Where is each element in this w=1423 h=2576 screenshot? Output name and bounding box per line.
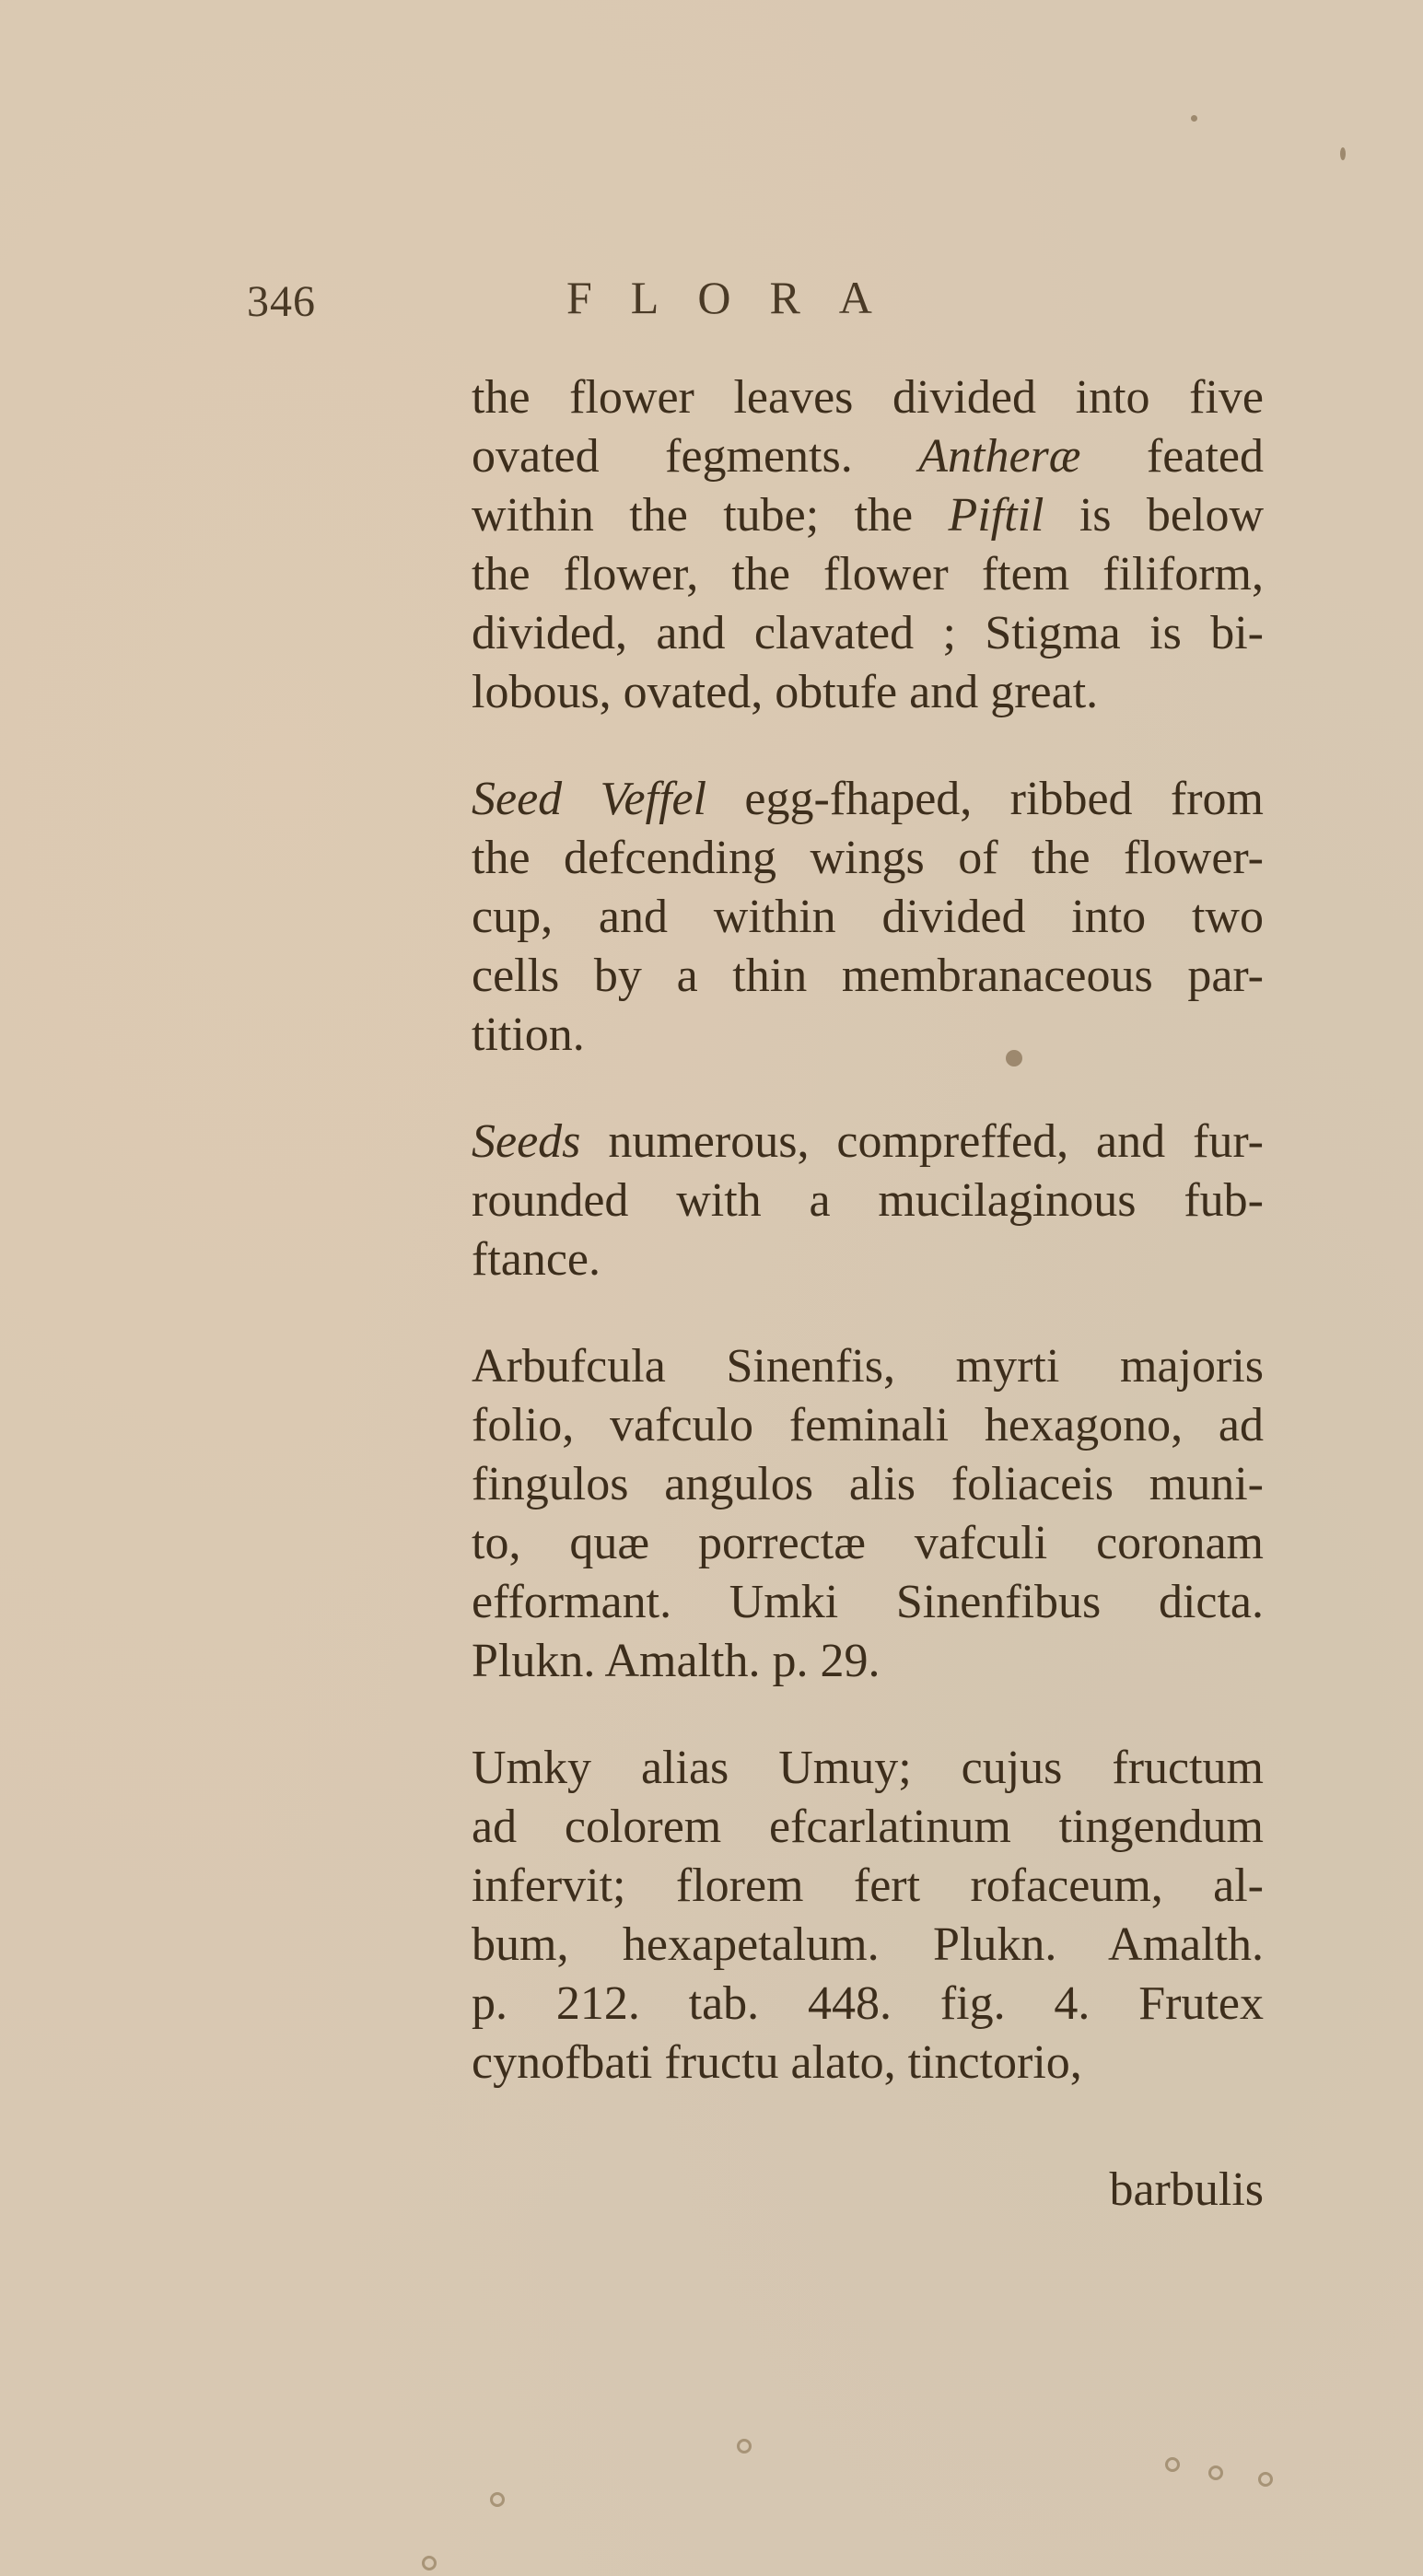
text-run: p. 212. tab. 448. fig. 4. Frutex (472, 1977, 1264, 2030)
foxing-spot (1006, 1050, 1022, 1067)
foxing-spot (490, 2492, 505, 2507)
text-line: the defcending wings of the flower- (472, 829, 1264, 888)
text-line: Umky alias Umuy; cujus fructum (472, 1739, 1264, 1798)
paragraph: Arbufcula Sinenfis, myrti majorisfolio, … (472, 1337, 1264, 1691)
text-line: p. 212. tab. 448. fig. 4. Frutex (472, 1975, 1264, 2034)
page-number: 346 (247, 276, 316, 327)
text-line: Arbufcula Sinenfis, myrti majoris (472, 1337, 1264, 1396)
text-line: Seed Veffel egg-fhaped, ribbed from (472, 770, 1264, 829)
text-line: cells by a thin membranaceous par- (472, 947, 1264, 1006)
foxing-spot (1258, 2472, 1273, 2487)
italic-term: Seeds (472, 1115, 580, 1168)
text-run: within the tube; the (472, 489, 948, 542)
text-line: efformant. Umki Sinenfibus dicta. (472, 1573, 1264, 1632)
text-run: feated (1080, 430, 1264, 483)
text-line: cynofbati fructu alato, tinctorio, (472, 2034, 1264, 2092)
foxing-spot (1191, 115, 1197, 122)
text-run: ftance. (472, 1233, 601, 1286)
text-line: infervit; florem fert rofaceum, al- (472, 1857, 1264, 1916)
text-run: egg-fhaped, ribbed from (706, 773, 1264, 825)
foxing-spot (1208, 2465, 1223, 2480)
text-run: the flower, the flower ftem filiform, (472, 548, 1264, 600)
text-line: ad colorem efcarlatinum tingendum (472, 1798, 1264, 1857)
text-run: fingulos angulos alis foliaceis muni- (472, 1458, 1264, 1510)
text-line: Plukn. Amalth. p. 29. (472, 1632, 1264, 1691)
catchword: barbulis (472, 2161, 1264, 2220)
text-run: bum, hexapetalum. Plukn. Amalth. (472, 1918, 1264, 1971)
paragraph: Umky alias Umuy; cujus fructumad colorem… (472, 1739, 1264, 2092)
foxing-spot (737, 2439, 752, 2454)
paragraph: Seeds numerous, compreffed, and fur-roun… (472, 1113, 1264, 1289)
text-line: lobous, ovated, obtufe and great. (472, 663, 1264, 722)
text-line: fingulos angulos alis foliaceis muni- (472, 1455, 1264, 1514)
text-line: cup, and within divided into two (472, 888, 1264, 947)
text-run: Arbufcula Sinenfis, myrti majoris (472, 1340, 1264, 1393)
catchword-block: barbulis (472, 2161, 1264, 2220)
text-run: Plukn. Amalth. p. 29. (472, 1635, 880, 1687)
body-text: the flower leaves divided into fiveovate… (472, 368, 1264, 2140)
text-line: rounded with a mucilaginous fub- (472, 1171, 1264, 1230)
text-line: Seeds numerous, compreffed, and fur- (472, 1113, 1264, 1171)
italic-term: Antheræ (918, 430, 1080, 483)
text-line: the flower, the flower ftem filiform, (472, 545, 1264, 604)
text-run: the defcending wings of the flower- (472, 832, 1264, 884)
foxing-spot (1165, 2457, 1180, 2472)
paragraph: the flower leaves divided into fiveovate… (472, 368, 1264, 722)
text-run: to, quæ porrectæ vafculi coronam (472, 1517, 1264, 1569)
text-run: folio, vafculo feminali hexagono, ad (472, 1399, 1264, 1451)
text-line: the flower leaves divided into five (472, 368, 1264, 427)
foxing-spot (422, 2556, 437, 2570)
text-run: infervit; florem fert rofaceum, al- (472, 1859, 1264, 1912)
text-run: Umky alias Umuy; cujus fructum (472, 1742, 1264, 1794)
text-run: the flower leaves divided into five (472, 371, 1264, 424)
book-page: 346 FLORA the flower leaves divided into… (0, 0, 1423, 2576)
text-line: ovated fegments. Antheræ feated (472, 427, 1264, 486)
foxing-spot (1340, 147, 1346, 160)
text-run: cynofbati fructu alato, tinctorio, (472, 2036, 1082, 2089)
paragraph: Seed Veffel egg-fhaped, ribbed fromthe d… (472, 770, 1264, 1065)
text-run: cells by a thin membranaceous par- (472, 950, 1264, 1002)
text-run: tition. (472, 1008, 585, 1061)
text-run: is below (1044, 489, 1264, 542)
text-line: tition. (472, 1006, 1264, 1065)
text-line: ftance. (472, 1230, 1264, 1289)
text-run: numerous, compreffed, and fur- (580, 1115, 1264, 1168)
running-head-title: FLORA (566, 271, 911, 324)
text-line: within the tube; the Piftil is below (472, 486, 1264, 545)
italic-term: Piftil (948, 489, 1044, 542)
text-line: to, quæ porrectæ vafculi coronam (472, 1514, 1264, 1573)
text-line: bum, hexapetalum. Plukn. Amalth. (472, 1916, 1264, 1975)
text-line: folio, vafculo feminali hexagono, ad (472, 1396, 1264, 1455)
text-run: divided, and clavated ; Stigma is bi- (472, 607, 1264, 659)
text-run: ad colorem efcarlatinum tingendum (472, 1801, 1264, 1853)
text-run: rounded with a mucilaginous fub- (472, 1174, 1264, 1227)
text-run: efformant. Umki Sinenfibus dicta. (472, 1576, 1264, 1628)
text-run: ovated fegments. (472, 430, 918, 483)
text-run: lobous, ovated, obtufe and great. (472, 666, 1098, 718)
text-line: divided, and clavated ; Stigma is bi- (472, 604, 1264, 663)
text-run: cup, and within divided into two (472, 891, 1264, 943)
italic-term: Seed Veffel (472, 773, 706, 825)
